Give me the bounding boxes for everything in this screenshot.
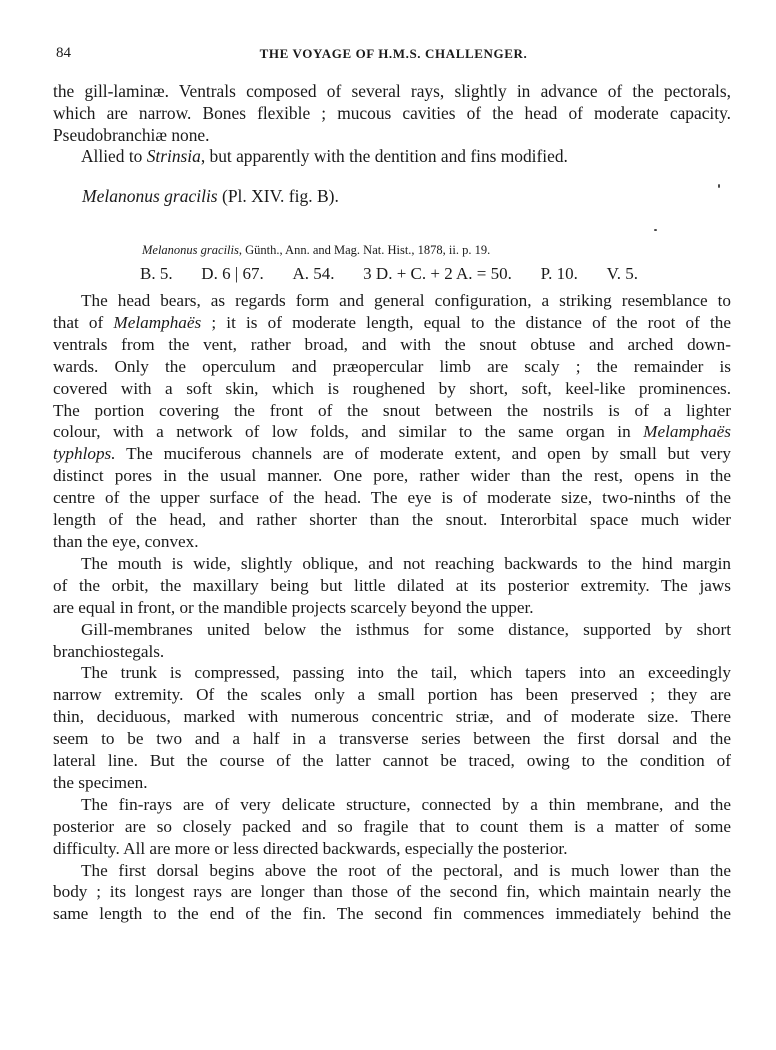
text-line: the gill-laminæ. Ventrals composed of se… (53, 81, 731, 103)
page-header: 84 THE VOYAGE OF H.M.S. CHALLENGER. (56, 45, 731, 67)
text-run: The head bears, as regards form and gene… (81, 291, 731, 310)
text-run: The mouth is wide, slightly oblique, and… (81, 554, 731, 573)
text-run: The fin-rays are of very delicate struct… (81, 795, 731, 814)
text-run: the specimen. (53, 773, 148, 792)
allied-prefix: Allied to (81, 146, 147, 166)
description-body: The head bears, as regards form and gene… (53, 290, 731, 925)
text-run: centre of the upper surface of the head.… (53, 488, 731, 507)
paragraph: The head bears, as regards form and gene… (53, 290, 731, 553)
text-run: same length to the end of the fin. The s… (53, 904, 731, 923)
allied-suffix: , but apparently with the dentition and … (201, 146, 568, 166)
fin-count: 3 D. + C. + 2 A. = 50. (363, 264, 512, 284)
text-line: The first dorsal begins above the root o… (53, 860, 731, 882)
text-run: wards. Only the operculum and præopercul… (53, 357, 731, 376)
text-line: The mouth is wide, slightly oblique, and… (53, 553, 731, 575)
text-line: seem to be two and a half in a transvers… (53, 728, 731, 750)
text-line: centre of the upper surface of the head.… (53, 487, 731, 509)
paragraph: The first dorsal begins above the root o… (53, 860, 731, 926)
text-run: that of (53, 313, 113, 332)
text-run: ; it is of moderate length, equal to the… (201, 313, 731, 332)
paragraph: The mouth is wide, slightly oblique, and… (53, 553, 731, 619)
fin-count: A. 54. (292, 264, 334, 284)
text-line: of the orbit, the maxillary being but li… (53, 575, 731, 597)
fin-count: D. 6 | 67. (201, 264, 263, 284)
text-line: covered with a soft skin, which is rough… (53, 378, 731, 400)
genus-name: Strinsia (147, 146, 201, 166)
text-run: distinct pores in the usual manner. One … (53, 466, 731, 485)
synonymy-citation: Melanonus gracilis, Günth., Ann. and Mag… (142, 243, 490, 258)
text-run: narrow extremity. Of the scales only a s… (53, 685, 731, 704)
text-line: Pseudobranchiæ none. (53, 125, 731, 147)
text-run: length of the head, and rather shorter t… (53, 510, 731, 529)
italic-term: Melamphaës (643, 422, 731, 441)
text-line: which are narrow. Bones flexible ; mucou… (53, 103, 731, 125)
text-line: that of Melamphaës ; it is of moderate l… (53, 312, 731, 334)
text-run: covered with a soft skin, which is rough… (53, 379, 731, 398)
text-line: wards. Only the operculum and præopercul… (53, 356, 731, 378)
scan-speck (718, 184, 720, 188)
fin-count: P. 10. (541, 264, 578, 284)
text-run: The trunk is compressed, passing into th… (81, 663, 731, 682)
text-line: The fin-rays are of very delicate struct… (53, 794, 731, 816)
text-run: branchiostegals. (53, 642, 164, 661)
text-run: ventrals from the vent, rather broad, an… (53, 335, 731, 354)
species-heading: Melanonus gracilis (Pl. XIV. fig. B). (82, 186, 339, 207)
species-name: Melanonus gracilis (82, 186, 218, 206)
text-line: distinct pores in the usual manner. One … (53, 465, 731, 487)
text-line: lateral line. But the course of the latt… (53, 750, 731, 772)
citation-text: , Günth., Ann. and Mag. Nat. Hist., 1878… (239, 243, 490, 257)
text-run: The first dorsal begins above the root o… (81, 861, 731, 880)
text-line: thin, deciduous, marked with numerous co… (53, 706, 731, 728)
paragraph: The fin-rays are of very delicate struct… (53, 794, 731, 860)
text-run: Gill-membranes united below the isthmus … (81, 620, 731, 639)
text-run: The muciferous channels are of moderate … (116, 444, 731, 463)
text-line: ventrals from the vent, rather broad, an… (53, 334, 731, 356)
fin-formula: B. 5. D. 6 | 67. A. 54. 3 D. + C. + 2 A.… (140, 264, 638, 284)
text-line: Gill-membranes united below the isthmus … (53, 619, 731, 641)
text-run: difficulty. All are more or less directe… (53, 839, 568, 858)
paragraph: Gill-membranes united below the isthmus … (53, 619, 731, 663)
running-title: THE VOYAGE OF H.M.S. CHALLENGER. (56, 46, 731, 62)
book-page: 84 THE VOYAGE OF H.M.S. CHALLENGER. the … (0, 0, 776, 1050)
plate-reference: (Pl. XIV. fig. B). (218, 186, 339, 206)
text-run: lateral line. But the course of the latt… (53, 751, 731, 770)
text-line: body ; its longest rays are longer than … (53, 881, 731, 903)
text-run: of the orbit, the maxillary being but li… (53, 576, 731, 595)
fin-count: B. 5. (140, 264, 173, 284)
text-line: the specimen. (53, 772, 731, 794)
text-run: The portion covering the front of the sn… (53, 401, 731, 420)
allied-note: Allied to Strinsia, but apparently with … (53, 146, 731, 168)
italic-term: typhlops. (53, 444, 116, 463)
text-line: colour, with a network of low folds, and… (53, 421, 731, 443)
text-line: are equal in front, or the mandible proj… (53, 597, 731, 619)
text-line: The portion covering the front of the sn… (53, 400, 731, 422)
text-line: difficulty. All are more or less directe… (53, 838, 731, 860)
scan-speck (654, 229, 657, 231)
text-line: branchiostegals. (53, 641, 731, 663)
text-line: The head bears, as regards form and gene… (53, 290, 731, 312)
text-line: The trunk is compressed, passing into th… (53, 662, 731, 684)
text-line: typhlops. The muciferous channels are of… (53, 443, 731, 465)
text-run: body ; its longest rays are longer than … (53, 882, 731, 901)
text-run: thin, deciduous, marked with numerous co… (53, 707, 731, 726)
paragraph: The trunk is compressed, passing into th… (53, 662, 731, 793)
text-run: seem to be two and a half in a transvers… (53, 729, 731, 748)
text-line: narrow extremity. Of the scales only a s… (53, 684, 731, 706)
text-line: same length to the end of the fin. The s… (53, 903, 731, 925)
text-run: posterior are so closely packed and so f… (53, 817, 731, 836)
synonym-name: Melanonus gracilis (142, 243, 239, 257)
text-line: posterior are so closely packed and so f… (53, 816, 731, 838)
text-run: are equal in front, or the mandible proj… (53, 598, 534, 617)
text-run: colour, with a network of low folds, and… (53, 422, 643, 441)
italic-term: Melamphaës (113, 313, 201, 332)
text-run: than the eye, convex. (53, 532, 199, 551)
text-line: than the eye, convex. (53, 531, 731, 553)
intro-text: the gill-laminæ. Ventrals composed of se… (53, 81, 731, 168)
text-line: length of the head, and rather shorter t… (53, 509, 731, 531)
fin-count: V. 5. (607, 264, 638, 284)
